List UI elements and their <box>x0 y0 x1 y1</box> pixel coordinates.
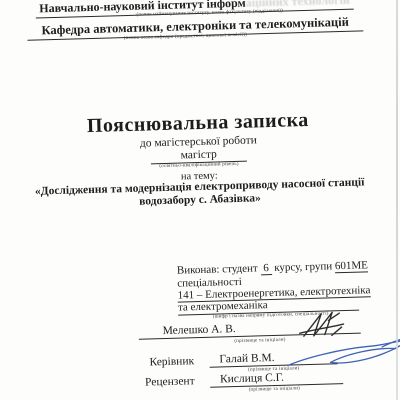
supervisor-name: Галай В.М. <box>209 352 274 366</box>
scanned-title-page: Навчально-науковий інститут інформаційни… <box>0 0 400 400</box>
executor-line: Виконав: студент 6 курсу, групи 601МЕ <box>177 259 368 276</box>
page-content: Навчально-науковий інститут інформаційни… <box>0 0 400 400</box>
group-number: 601МЕ <box>335 259 368 273</box>
course-number: 6 <box>260 262 271 275</box>
student-name: Мелешко А. В. <box>138 323 235 338</box>
supervisor-signature-handwriting <box>284 334 400 378</box>
executor-middle: курсу, групи <box>274 260 332 274</box>
supervisor-label: Керівник <box>149 355 194 368</box>
scan-edge-artifact <box>396 0 398 400</box>
reviewer-label: Рецензент <box>145 375 195 388</box>
reviewer-name: Кислиця С.Г. <box>210 372 284 386</box>
executor-prefix: Виконав: студент <box>177 262 258 276</box>
